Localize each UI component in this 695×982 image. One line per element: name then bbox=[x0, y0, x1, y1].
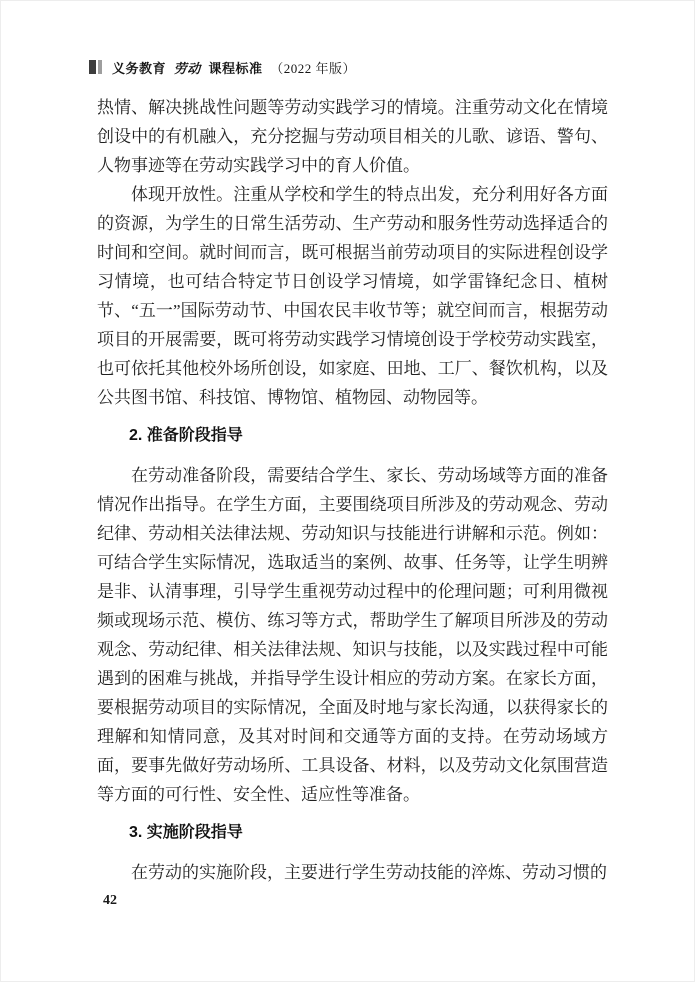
heading-implementation-stage: 3. 实施阶段指导 bbox=[97, 822, 608, 844]
running-header: 义务教育 劳动 课程标准 （2022 年版） bbox=[89, 59, 356, 75]
paragraph-preparation-guidance: 在劳动准备阶段，需要结合学生、家长、劳动场域等方面的准备情况作出指导。在学生方面… bbox=[97, 461, 608, 809]
paragraph-openness: 体现开放性。注重从学校和学生的特点出发，充分利用好各方面的资源，为学生的日常生活… bbox=[97, 180, 608, 412]
page-number: 42 bbox=[103, 893, 117, 909]
header-title: 义务教育 劳动 课程标准 （2022 年版） bbox=[112, 58, 356, 77]
header-bar-dark-icon bbox=[89, 60, 96, 74]
paragraph-situations: 热情、解决挑战性问题等劳动实践学习的情境。注重劳动文化在情境创设中的有机融入，充… bbox=[97, 93, 608, 180]
paragraph-implementation-guidance: 在劳动的实施阶段，主要进行学生劳动技能的淬炼、劳动习惯的 bbox=[97, 858, 608, 887]
heading-preparation-stage: 2. 准备阶段指导 bbox=[97, 425, 608, 447]
header-bar-light-icon bbox=[98, 60, 102, 74]
header-series: 义务教育 bbox=[112, 61, 166, 76]
header-subject: 劳动 bbox=[174, 61, 201, 76]
header-doc-type: 课程标准 bbox=[209, 61, 263, 76]
document-page: 义务教育 劳动 课程标准 （2022 年版） 热情、解决挑战性问题等劳动实践学习… bbox=[0, 0, 695, 982]
header-edition: （2022 年版） bbox=[270, 61, 356, 76]
body-text-column: 热情、解决挑战性问题等劳动实践学习的情境。注重劳动文化在情境创设中的有机融入，充… bbox=[97, 93, 608, 887]
